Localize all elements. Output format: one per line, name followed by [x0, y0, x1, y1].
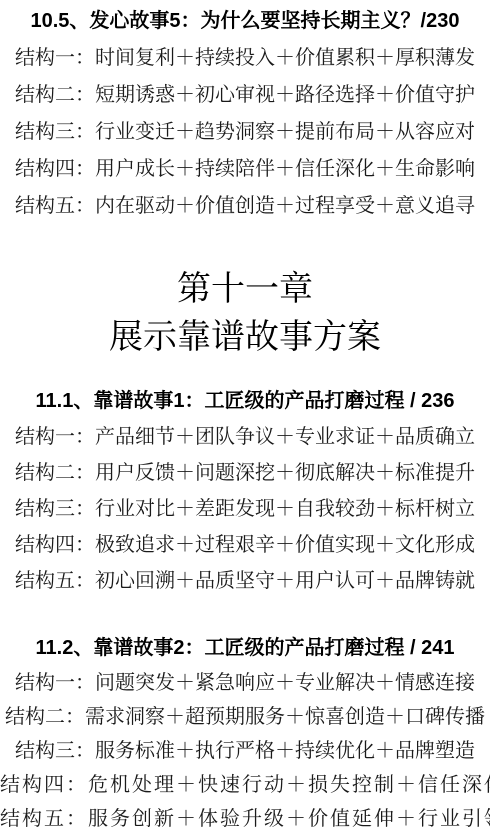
- section-heading: 11.1、靠谱故事1：工匠级的产品打磨过程 / 236: [0, 383, 490, 419]
- structure-line: 结构四：极致追求＋过程艰辛＋价值实现＋文化形成: [0, 527, 490, 563]
- structure-line: 结构三：服务标准＋执行严格＋持续优化＋品牌塑造: [0, 734, 490, 768]
- structure-line: 结构四：危机处理＋快速行动＋损失控制＋信任深化: [0, 768, 490, 802]
- section-11-1: 11.1、靠谱故事1：工匠级的产品打磨过程 / 236 结构一：产品细节＋团队争…: [0, 383, 490, 599]
- structure-line: 结构五：内在驱动＋价值创造＋过程享受＋意义追寻: [0, 188, 490, 225]
- section-heading: 11.2、靠谱故事2：工匠级的产品打磨过程 / 241: [0, 630, 490, 666]
- section-heading: 10.5、发心故事5：为什么要坚持长期主义？/230: [0, 3, 490, 40]
- structure-line: 结构一：问题突发＋紧急响应＋专业解决＋情感连接: [0, 666, 490, 700]
- structure-line: 结构五：初心回溯＋品质坚守＋用户认可＋品牌铸就: [0, 563, 490, 599]
- section-10-5: 10.5、发心故事5：为什么要坚持长期主义？/230 结构一：时间复利＋持续投入…: [0, 3, 490, 225]
- structure-line: 结构四：用户成长＋持续陪伴＋信任深化＋生命影响: [0, 151, 490, 188]
- structure-line: 结构二：需求洞察＋超预期服务＋惊喜创造＋口碑传播: [0, 700, 490, 734]
- structure-line: 结构二：短期诱惑＋初心审视＋路径选择＋价值守护: [0, 77, 490, 114]
- chapter-heading-block: 第十一章 展示靠谱故事方案: [0, 266, 490, 362]
- structure-line: 结构五：服务创新＋体验升级＋价值延伸＋行业引领: [0, 802, 490, 834]
- chapter-subtitle: 展示靠谱故事方案: [0, 314, 490, 362]
- toc-page: 10.5、发心故事5：为什么要坚持长期主义？/230 结构一：时间复利＋持续投入…: [0, 0, 490, 834]
- chapter-title: 第十一章: [0, 266, 490, 314]
- structure-line: 结构一：时间复利＋持续投入＋价值累积＋厚积薄发: [0, 40, 490, 77]
- structure-line: 结构三：行业对比＋差距发现＋自我较劲＋标杆树立: [0, 491, 490, 527]
- structure-line: 结构三：行业变迁＋趋势洞察＋提前布局＋从容应对: [0, 114, 490, 151]
- section-11-2: 11.2、靠谱故事2：工匠级的产品打磨过程 / 241 结构一：问题突发＋紧急响…: [0, 630, 490, 834]
- structure-line: 结构二：用户反馈＋问题深挖＋彻底解决＋标准提升: [0, 455, 490, 491]
- structure-line: 结构一：产品细节＋团队争议＋专业求证＋品质确立: [0, 419, 490, 455]
